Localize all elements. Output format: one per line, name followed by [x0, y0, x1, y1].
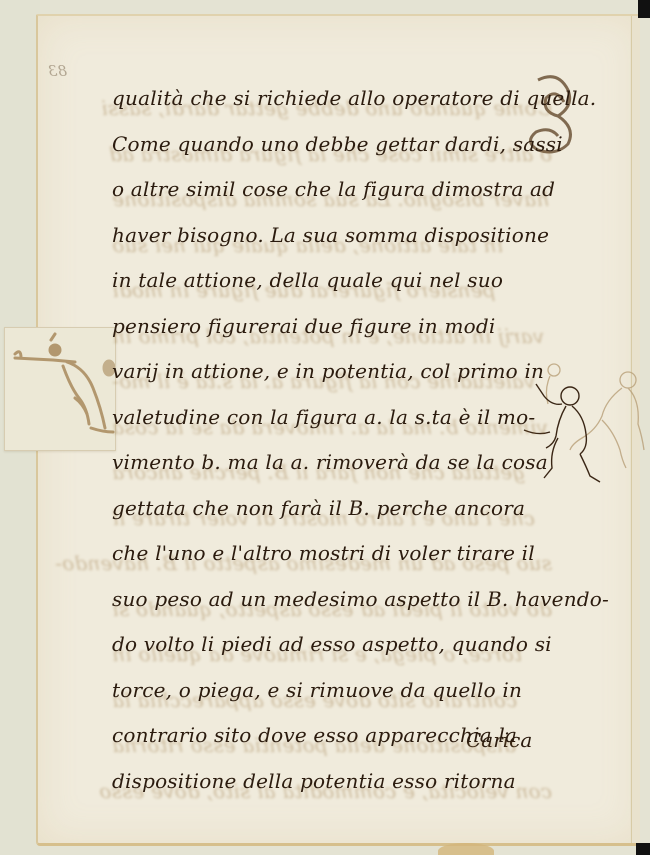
text-line: dispositione della potentia esso ritorna…: [112, 767, 552, 813]
text-line: pensiero figurerai due figure in modivar…: [112, 312, 552, 358]
text-line: che l'uno e l'altro mostri di voler tira…: [112, 539, 552, 585]
text-line: in tale attione, della quale qui nel suo…: [112, 266, 552, 312]
text-line: torce, o piega, e si rimuove da quello i…: [112, 676, 552, 722]
tipped-in-slip: [4, 327, 116, 451]
text-line: haver bisogno. La sua somma dispositione…: [112, 221, 552, 267]
scan-border-top: [638, 0, 650, 18]
text-line: valetudine con la figura a. la s.ta è il…: [112, 403, 552, 449]
text-line: Come quando uno debbe gettar dardi, sass…: [112, 130, 552, 176]
folio-number: 83: [48, 62, 67, 80]
text-line: suo peso ad un medesimo aspetto il B. ha…: [112, 585, 552, 631]
text-line: o altre simil cose che la figura dimostr…: [112, 175, 552, 221]
text-line: qualità che si richiede allo operatore d…: [112, 84, 552, 130]
text-line: gettata che non farà il B. perche ancora…: [112, 494, 552, 540]
text-line: vimento b. ma la a. rimoverà da se la co…: [112, 448, 552, 494]
manuscript-scan: 83: [0, 0, 650, 855]
reaching-figure-sketch-icon: [5, 328, 115, 450]
manuscript-text: qualità che si richiede allo operatore d…: [112, 84, 552, 812]
text-line: contrario sito dove esso apparecchia lad…: [112, 721, 552, 767]
scan-border-bottom: [636, 843, 650, 855]
text-line: varij in attione, e in potentia, col pri…: [112, 357, 552, 403]
paper-stain: [438, 843, 494, 855]
text-line: do volto li piedi ad esso aspetto, quand…: [112, 630, 552, 676]
